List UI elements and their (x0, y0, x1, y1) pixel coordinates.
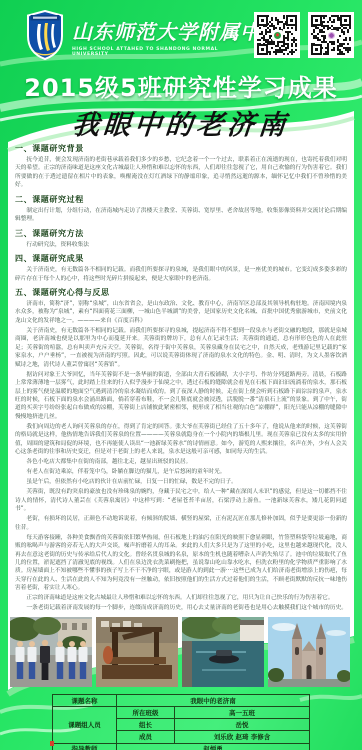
section-heading: 四、课题研究成果 (15, 253, 347, 264)
paragraph: 有老人在街边乘凉，伴着笼中鸟，卧躺在脚边的猫儿，是午后悠闲的童年时光。 (15, 468, 347, 476)
paragraph: 关于济南史，有无数篇各不相同的记载。而我们所要探寻的泉城，是我们眼中的风景，是一… (15, 266, 347, 283)
teacher-value: 赵炳勇 (117, 743, 310, 750)
paragraph: 虽是午后，但依然有小吃店的伙计在店前忙碌，日复一日的忙碌，数是不完的日子。 (15, 478, 347, 486)
qr-codes (254, 12, 354, 58)
header: 山东师范大学附属中学 HIGH SCHOOL ATTAHED TO SHANDO… (0, 0, 362, 66)
paragraph: 一条老街记载着济南发展的每一个脚步，连缀而成济南的历史，用心去丈量济南的老街巷也… (15, 604, 347, 613)
paragraph: 济南市，简称“济”，别称“泉城”，山东省省会，是山东政治、文化、教育中心，济南军… (15, 300, 347, 325)
paragraph: 芙蓉街，既没有趵突泉的豪放也没有珍珠泉的婉约，身藏于民宅之中，给人一种“藏在深闺… (15, 488, 347, 513)
topic-label: 课题名称 (53, 695, 117, 707)
paragraph: 各色小吃店大都集中在街的南部，越往北走，越显出斑驳的民居。 (15, 458, 347, 466)
teacher-label: 指导教师 (53, 743, 117, 750)
photo-museum-artifact (96, 617, 178, 687)
school-name: 山东师范大学附属中学 (72, 16, 254, 45)
photo-students-group (10, 617, 92, 687)
qr-center-logo-icon (272, 30, 283, 41)
paragraph: 抚今追昔，便会发现济南的老街巷承载着我们多少的乡愁，它纪念着一个一个过去，联系着… (15, 156, 347, 190)
poster-root: 山东师范大学附属中学 HIGH SCHOOL ATTAHED TO SHANDO… (0, 0, 362, 750)
table-row-teacher: 指导教师 赵炳勇 (53, 743, 310, 750)
paragraph: 制定出行计划，分组行动，在济南城内走访了洪楼天主教堂、芙蓉街、宽厚里、老舍故居等… (15, 207, 347, 224)
topic-value: 我眼中的老济南 (117, 695, 310, 707)
photo-canal-street (182, 617, 264, 687)
qr-finder-icon (286, 15, 297, 26)
qr-center-logo-icon (326, 30, 337, 41)
qr-finder-icon (257, 15, 268, 26)
class-value: 高一五班 (175, 707, 310, 719)
paragraph: 我们向周边的老人询问芙蓉泉的存在，得到了肯定的回答。张大爷在芙蓉街已经住了五十多… (15, 423, 347, 457)
section-background: 一、课题研究背景 抚今追昔，便会发现济南的老街巷承载着我们多少的乡愁，它纪念着一… (15, 143, 347, 190)
section-heading: 五、课题研究心得与反思 (15, 287, 347, 298)
qr-finder-icon (311, 15, 322, 26)
info-table: 课题名称 我眼中的老济南 课题组人员 所在班级 高一五班 组长 岳悦 成员 刘乐… (52, 694, 310, 750)
paragraph: 行动研究法，资料收集法 (15, 241, 347, 249)
paragraph: 正宗的济南味道是这座文化古城最让人珍惜和难以忘怀的东西。人们却往往忽视了它，用只… (15, 594, 347, 602)
paragraph: 每天游客接踵，各种美食飘香的芙蓉街依旧繁华热闹，但石板地上的油污在阳光的映照下愈… (15, 534, 347, 593)
photo-strip (10, 617, 352, 687)
section-results: 四、课题研究成果 关于济南史，有无数篇各不相同的记载。而我们所要探寻的泉城，是我… (15, 253, 347, 283)
school-crest-icon (26, 10, 64, 60)
paragraph: 据访问对象王大爷回忆，当年芙蓉街不是一条华丽的街道，全部由大青石板铺砌，大小字号… (15, 371, 347, 422)
team-label: 课题组人员 (53, 707, 117, 743)
qr-code-left (254, 12, 300, 58)
table-row-class: 课题组人员 所在班级 高一五班 (53, 707, 310, 719)
school-names: 山东师范大学附属中学 HIGH SCHOOL ATTAHED TO SHANDO… (72, 14, 254, 57)
section-methods: 三、课题研究方法 行动研究法，资料收集法 (15, 228, 347, 249)
qr-finder-icon (257, 44, 268, 55)
leader-label: 组长 (117, 719, 175, 731)
research-sections: 一、课题研究背景 抚今追昔，便会发现济南的老街巷承载着我们多少的乡愁，它纪念着一… (15, 139, 347, 613)
members-label: 成员 (117, 731, 175, 743)
members-value: 刘乐欣 赵琦 李修含 (175, 731, 310, 743)
section-process: 二、课题研究过程 制定出行计划，分组行动，在济南城内走访了洪楼天主教堂、芙蓉街、… (15, 194, 347, 224)
photo-cathedral (268, 617, 350, 687)
section-heading: 二、课题研究过程 (15, 194, 347, 205)
qr-code-right (308, 12, 354, 58)
section-reflection: 五、课题研究心得与反思 济南市，简称“济”，别称“泉城”，山东省省会，是山东政治… (15, 287, 347, 613)
subtitle-calligraphy: 我眼中的老济南 (0, 103, 362, 142)
qr-finder-icon (340, 15, 351, 26)
leader-value: 岳悦 (175, 719, 310, 731)
banner-title: 2015级5班研究性学习成果 (0, 68, 362, 103)
qr-finder-icon (311, 44, 322, 55)
paragraph: 关于济南史，有无数篇各不相同的记载。而我们所要探寻的泉城，提起济南不得不想到一段… (15, 327, 347, 369)
paragraph: 老街，有损坏的民居，正颜色不动地诉说着，有倾斜的院墙、横竖的屋梁，正有泥瓦匠在那… (15, 515, 347, 532)
school-name-en: HIGH SCHOOL ATTAHED TO SHANDONG NORMAL U… (72, 47, 254, 57)
section-heading: 三、课题研究方法 (15, 228, 347, 239)
table-row-topic: 课题名称 我眼中的老济南 (53, 695, 310, 707)
class-label: 所在班级 (117, 707, 175, 719)
red-speck-decoration (50, 741, 54, 746)
section-heading: 一、课题研究背景 (15, 143, 347, 154)
